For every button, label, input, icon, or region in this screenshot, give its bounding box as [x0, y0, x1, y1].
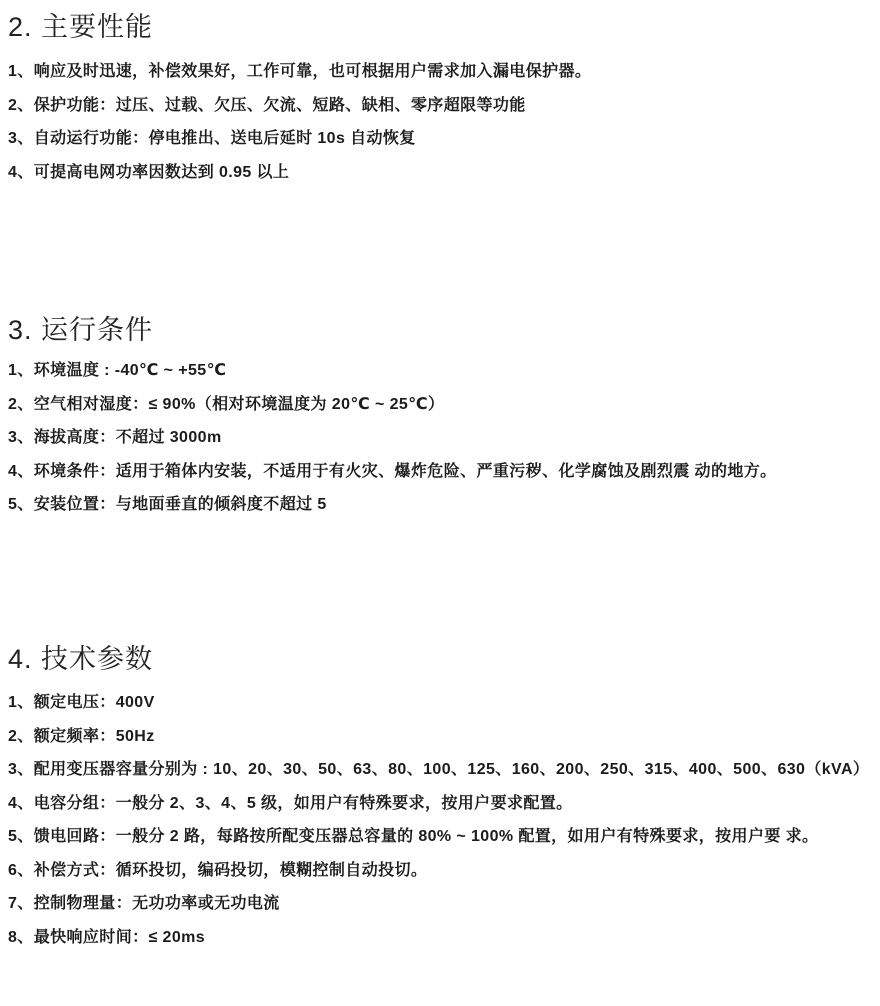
main-performance-item-list: 1、响应及时迅速，补偿效果好，工作可靠，也可根据用户需求加入漏电保护器。 2、保…	[8, 55, 874, 189]
list-item: 4、可提高电网功率因数达到 0.95 以上	[8, 156, 874, 190]
spec-document-page: 2. 主要性能 1、响应及时迅速，补偿效果好，工作可靠，也可根据用户需求加入漏电…	[0, 0, 880, 1006]
list-item: 4、环境条件：适用于箱体内安装，不适用于有火灾、爆炸危险、严重污秽、化学腐蚀及剧…	[8, 455, 874, 489]
list-item: 1、环境温度 : -40℃ ~ +55℃	[8, 354, 874, 388]
section-heading-operating-conditions: 3. 运行条件	[8, 313, 874, 347]
list-item: 5、馈电回路：一般分 2 路，每路按所配变压器总容量的 80% ~ 100% 配…	[8, 820, 874, 854]
section-heading-technical-parameters: 4. 技术参数	[8, 642, 874, 676]
list-item: 2、保护功能：过压、过载、欠压、欠流、短路、缺相、零序超限等功能	[8, 89, 874, 123]
section-heading-main-performance: 2. 主要性能	[8, 10, 874, 44]
list-item: 4、电容分组：一般分 2、3、4、5 级，如用户有特殊要求，按用户要求配置。	[8, 787, 874, 821]
list-item: 1、额定电压：400V	[8, 686, 874, 720]
list-item: 3、配用变压器容量分别为 : 10、20、30、50、63、80、100、125…	[8, 753, 874, 787]
list-item: 6、补偿方式：循环投切，编码投切，模糊控制自动投切。	[8, 854, 874, 888]
section-technical-parameters: 4. 技术参数 1、额定电压：400V 2、额定频率：50Hz 3、配用变压器容…	[8, 642, 874, 954]
operating-conditions-item-list: 1、环境温度 : -40℃ ~ +55℃ 2、空气相对湿度：≤ 90%（相对环境…	[8, 354, 874, 522]
list-item: 1、响应及时迅速，补偿效果好，工作可靠，也可根据用户需求加入漏电保护器。	[8, 55, 874, 89]
technical-parameters-item-list: 1、额定电压：400V 2、额定频率：50Hz 3、配用变压器容量分别为 : 1…	[8, 686, 874, 954]
list-item: 7、控制物理量：无功功率或无功电流	[8, 887, 874, 921]
list-item: 3、海拔高度：不超过 3000m	[8, 421, 874, 455]
list-item: 8、最快响应时间：≤ 20ms	[8, 921, 874, 955]
list-item: 3、自动运行功能：停电推出、送电后延时 10s 自动恢复	[8, 122, 874, 156]
list-item: 5、安装位置：与地面垂直的倾斜度不超过 5	[8, 488, 874, 522]
section-main-performance: 2. 主要性能 1、响应及时迅速，补偿效果好，工作可靠，也可根据用户需求加入漏电…	[8, 10, 874, 189]
list-item: 2、额定频率：50Hz	[8, 720, 874, 754]
section-operating-conditions: 3. 运行条件 1、环境温度 : -40℃ ~ +55℃ 2、空气相对湿度：≤ …	[8, 313, 874, 522]
list-item: 2、空气相对湿度：≤ 90%（相对环境温度为 20℃ ~ 25℃）	[8, 388, 874, 422]
